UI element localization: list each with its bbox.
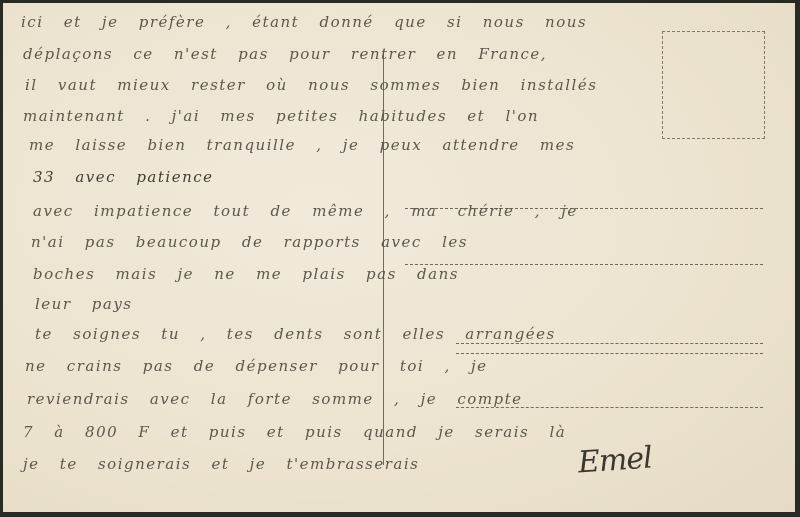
address-line-4 <box>456 353 763 354</box>
handwritten-line: te soignes tu , tes dents sont elles arr… <box>35 325 556 343</box>
handwritten-line: boches mais je ne me plais pas dans <box>33 265 459 283</box>
handwritten-line: 7 à 800 F et puis et puis quand je serai… <box>23 423 566 441</box>
handwritten-line: me laisse bien tranquille , je peux atte… <box>29 136 575 154</box>
handwritten-line: maintenant . j'ai mes petites habitudes … <box>23 107 539 125</box>
handwritten-line: n'ai pas beaucoup de rapports avec les <box>31 233 468 251</box>
handwritten-line: avec impatience tout de même , ma chérie… <box>33 202 578 220</box>
handwritten-line: ne crains pas de dépenser pour toi , je <box>25 357 488 375</box>
stamp-box <box>662 31 765 139</box>
address-line-3 <box>456 343 763 344</box>
handwritten-line: leur pays <box>35 295 133 313</box>
handwritten-line: déplaçons ce n'est pas pour rentrer en F… <box>23 45 547 63</box>
handwritten-line: reviendrais avec la forte somme , je com… <box>27 390 523 408</box>
signature: Emel <box>577 440 653 480</box>
handwritten-line: il vaut mieux rester où nous sommes bien… <box>25 76 597 94</box>
postcard-back: ici et je préfère , étant donné que si n… <box>3 3 795 512</box>
handwritten-line: je te soignerais et je t'embrasserais <box>23 455 419 473</box>
handwritten-line: 33 avec patience <box>33 168 214 186</box>
handwritten-line: ici et je préfère , étant donné que si n… <box>21 13 587 31</box>
